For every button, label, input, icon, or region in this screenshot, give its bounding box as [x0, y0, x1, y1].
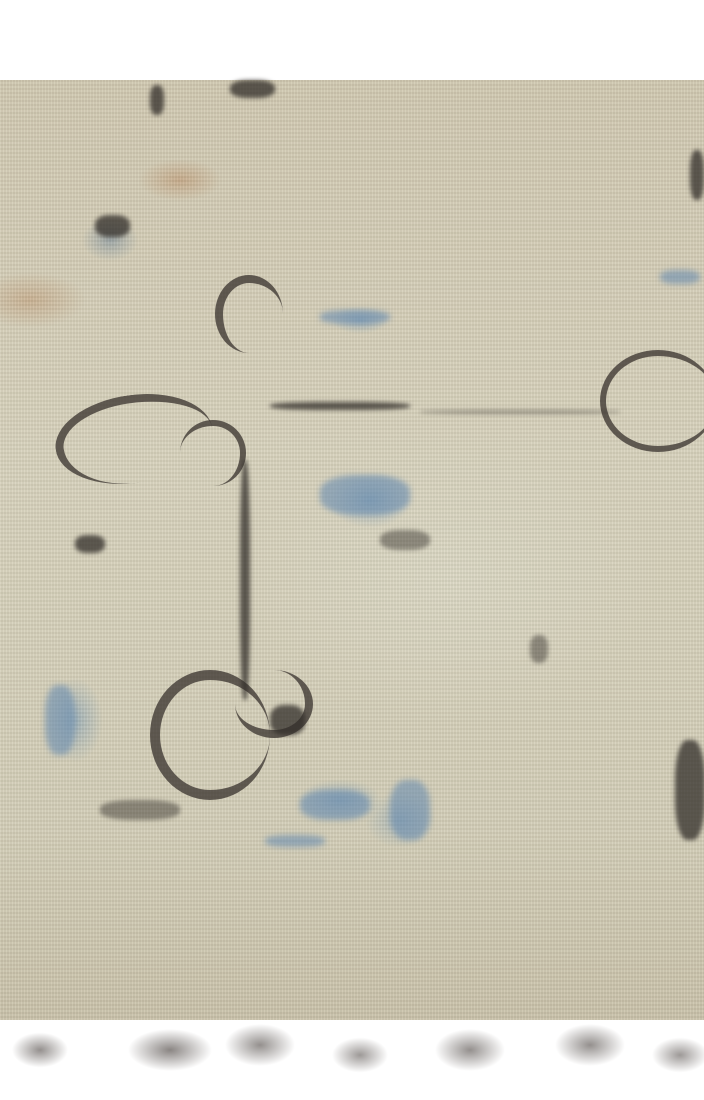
dark-spot — [270, 705, 305, 735]
rug-texture — [0, 80, 704, 1020]
dark-spot — [380, 530, 430, 550]
image-frame — [0, 0, 704, 1100]
vine-line — [420, 410, 620, 414]
dark-spot — [675, 740, 704, 840]
border-band — [0, 1000, 704, 1100]
dark-spot — [230, 80, 275, 98]
dark-spot — [75, 535, 105, 553]
blue-accent — [300, 790, 370, 820]
blue-accent — [660, 270, 700, 284]
dark-spot — [100, 800, 180, 820]
blue-accent — [390, 780, 430, 840]
dark-spot — [530, 635, 548, 663]
blue-accent — [320, 310, 390, 324]
vine-stem — [240, 460, 250, 700]
vine-line — [270, 402, 410, 410]
blue-accent — [45, 685, 75, 755]
dark-spot — [150, 85, 164, 115]
blue-accent — [265, 835, 325, 847]
dark-spot — [690, 150, 704, 200]
dark-spot — [95, 215, 130, 237]
blue-accent — [320, 475, 410, 515]
scroll-motif — [180, 420, 246, 486]
scroll-motif — [215, 275, 283, 353]
scroll-motif — [600, 350, 704, 452]
